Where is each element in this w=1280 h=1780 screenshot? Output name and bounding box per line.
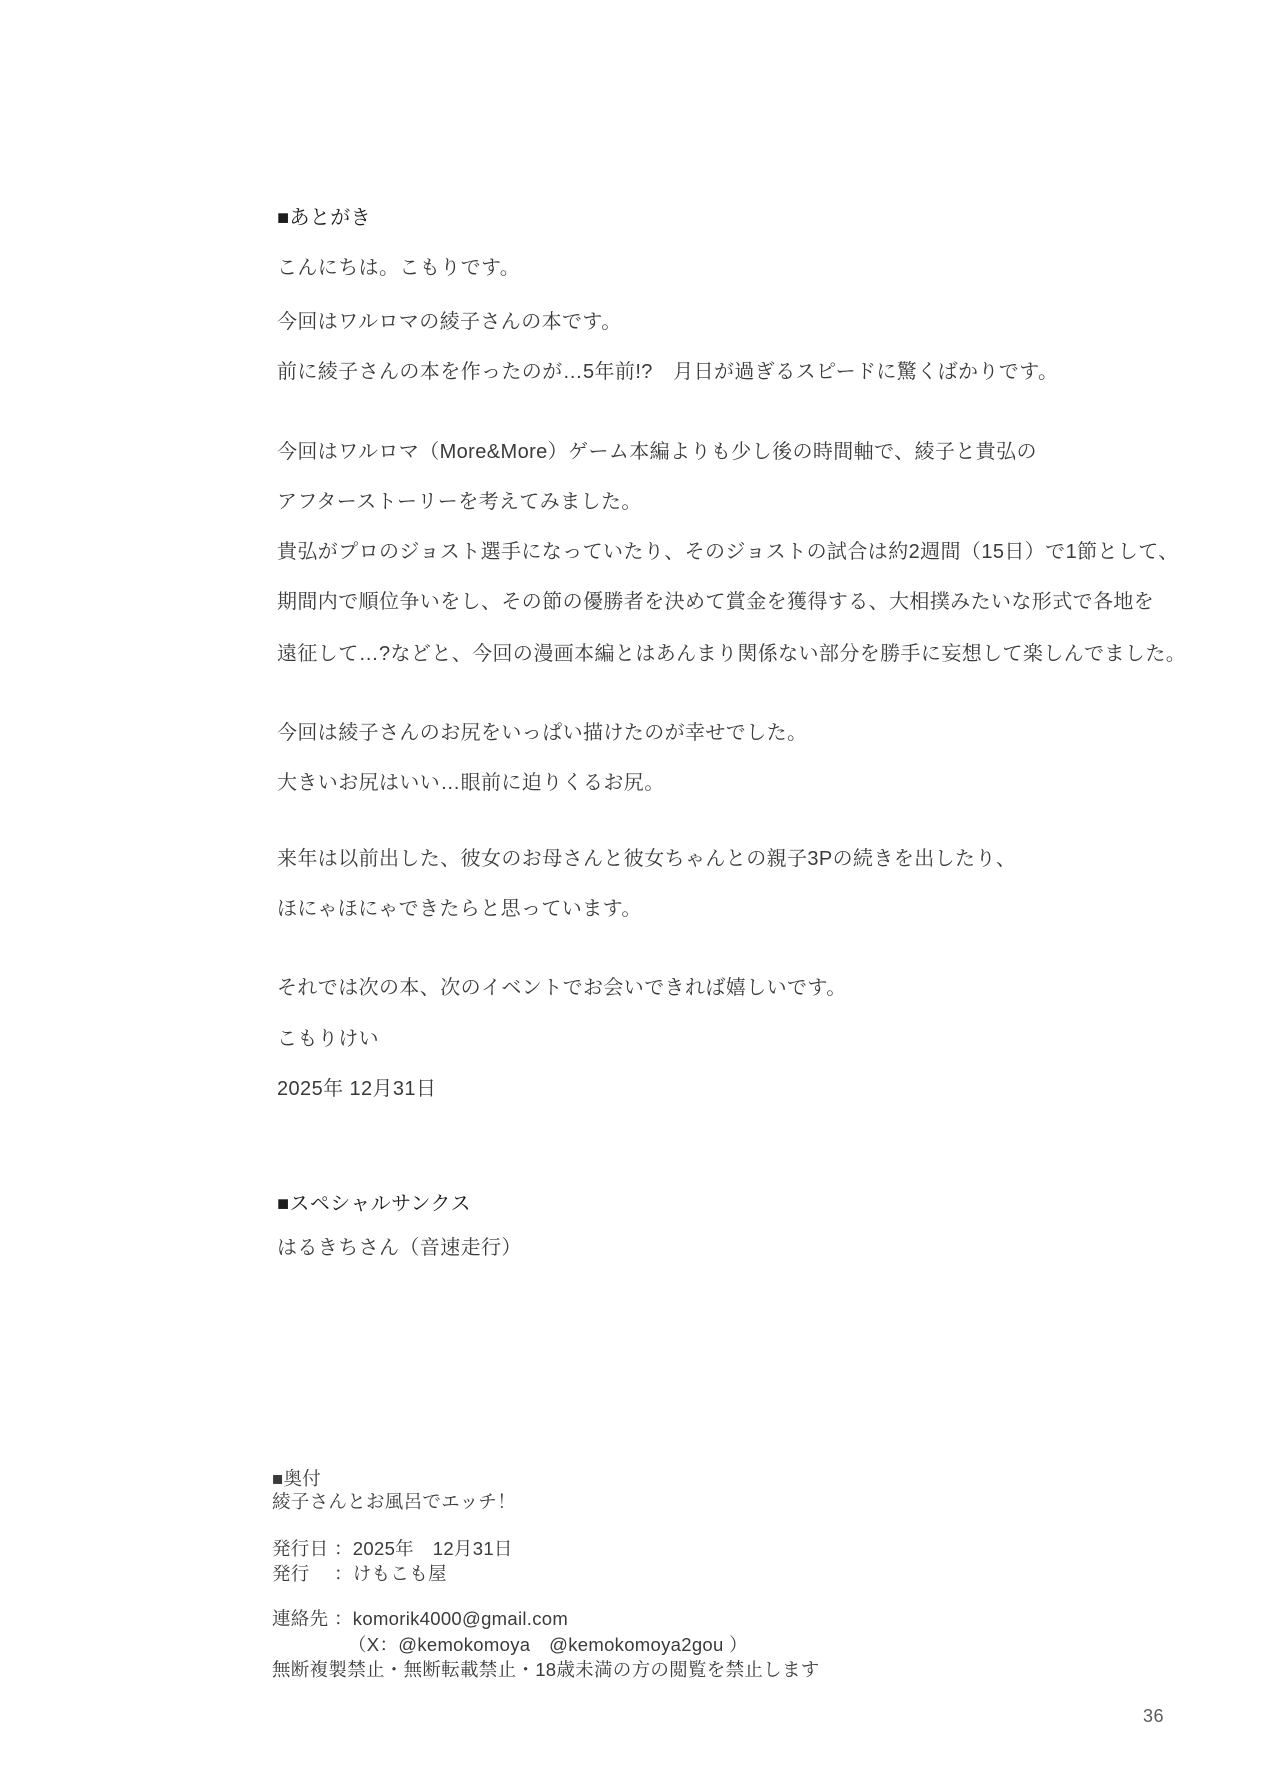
publisher-label: 発行 xyxy=(272,1563,334,1584)
contact-email: ：komorik4000@gmail.com xyxy=(334,1608,568,1629)
publisher-value: ：けもこも屋 xyxy=(334,1563,447,1584)
afterword-line: 今回はワルロマ（More&More）ゲーム本編よりも少し後の時間軸で、綾子と貴弘… xyxy=(277,441,1037,463)
afterword-line: 今回はワルロマの綾子さんの本です。 xyxy=(277,311,622,333)
special-thanks-heading: ■スペシャルサンクス xyxy=(277,1193,471,1215)
afterword-line: 前に綾子さんの本を作ったのが…5年前!? 月日が過ぎるスピードに驚くばかりです。 xyxy=(277,361,1058,383)
publish-date-label: 発行日 xyxy=(272,1538,334,1559)
author-signature: こもりけい xyxy=(277,1028,379,1050)
colophon-heading: ■奥付 xyxy=(272,1468,321,1489)
afterword-line: 遠征して…?などと、今回の漫画本編とはあんまり関係ない部分を勝手に妄想して楽しん… xyxy=(277,643,1186,665)
contact-label: 連絡先 xyxy=(272,1608,334,1629)
publish-date-row: 発行日 ：2025年 12月31日 xyxy=(272,1538,513,1559)
afterword-line: アフターストーリーを考えてみました。 xyxy=(277,491,642,513)
afterword-line: こんにちは。こもりです。 xyxy=(277,257,520,279)
afterword-line: ほにゃほにゃできたらと思っています。 xyxy=(277,898,642,920)
contact-row: 連絡先 ：komorik4000@gmail.com xyxy=(272,1608,568,1629)
afterword-heading: ■あとがき xyxy=(277,207,371,229)
page-number: 36 xyxy=(1143,1706,1164,1727)
book-title: 綾子さんとお風呂でエッチ！ xyxy=(272,1491,516,1512)
afterword-page: ■あとがき こんにちは。こもりです。 今回はワルロマの綾子さんの本です。 前に綾… xyxy=(0,0,1280,1780)
afterword-line: それでは次の本、次のイベントでお会いできれば嬉しいです。 xyxy=(277,977,847,999)
afterword-line: 大きいお尻はいい…眼前に迫りくるお尻。 xyxy=(277,772,665,794)
publisher-row: 発行 ：けもこも屋 xyxy=(272,1563,447,1584)
afterword-line: 今回は綾子さんのお尻をいっぱい描けたのが幸せでした。 xyxy=(277,722,807,744)
special-thanks-name: はるきちさん（音速走行） xyxy=(277,1237,522,1259)
social-handles: （X：@kemokomoya @kemokomoya2gou ） xyxy=(348,1634,748,1655)
afterword-line: 来年は以前出した、彼女のお母さんと彼女ちゃんとの親子3Pの続きを出したり、 xyxy=(277,848,1016,870)
afterword-line: 期間内で順位争いをし、その節の優勝者を決めて賞金を獲得する、大相撲みたいな形式で… xyxy=(277,591,1154,613)
publish-date-value: ：2025年 12月31日 xyxy=(334,1538,513,1559)
copyright-notice: 無断複製禁止・無断転載禁止・18歳未満の方の閲覧を禁止します xyxy=(272,1659,820,1680)
afterword-line: 貴弘がプロのジョスト選手になっていたり、そのジョストの試合は約2週間（15日）で… xyxy=(277,541,1179,563)
afterword-date: 2025年 12月31日 xyxy=(277,1078,436,1100)
